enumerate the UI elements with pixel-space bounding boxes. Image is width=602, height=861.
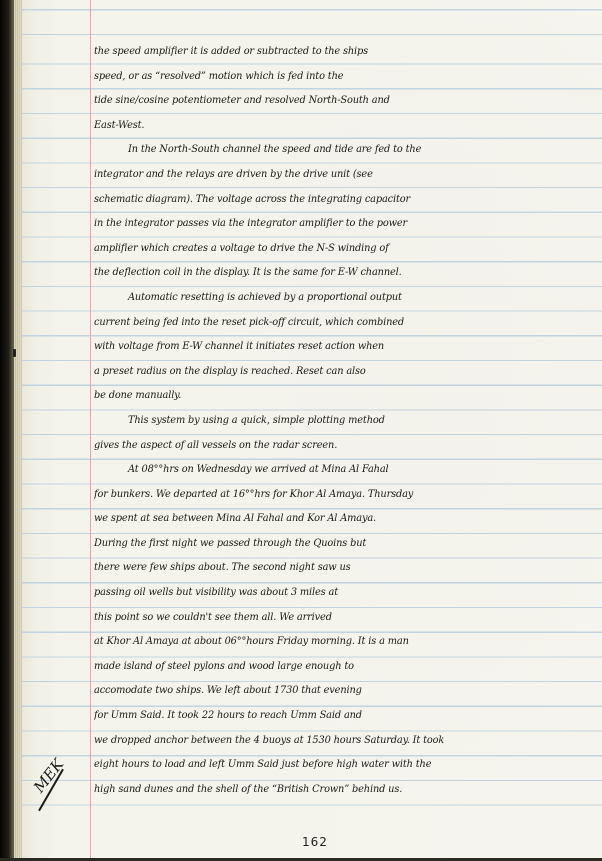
text-line: for Umm Said. It took 22 hours to reach …: [94, 704, 602, 729]
text-line: speed, or as “resolved” motion which is …: [94, 65, 602, 90]
text-line: with voltage from E-W channel it initiat…: [94, 335, 602, 360]
text-line: amplifier which creates a voltage to dri…: [94, 237, 602, 262]
text-line: During the first night we passed through…: [94, 532, 602, 557]
margin-line: [90, 0, 91, 861]
handwritten-text: the speed amplifier it is added or subtr…: [94, 40, 602, 802]
text-line: integrator and the relays are driven by …: [94, 163, 602, 188]
text-line: At 08°°hrs on Wednesday we arrived at Mi…: [94, 458, 602, 483]
text-line: In the North-South channel the speed and…: [94, 138, 602, 163]
text-line: made island of steel pylons and wood lar…: [94, 655, 602, 680]
text-line: East-West.: [94, 114, 602, 139]
text-line: This system by using a quick, simple plo…: [94, 409, 602, 434]
text-line: eight hours to load and left Umm Said ju…: [94, 753, 602, 778]
text-line: the deflection coil in the display. It i…: [94, 261, 602, 286]
text-line: there were few ships about. The second n…: [94, 556, 602, 581]
text-line: current being fed into the reset pick-of…: [94, 311, 602, 336]
text-line: at Khor Al Amaya at about 06°°hours Frid…: [94, 630, 602, 655]
text-line: gives the aspect of all vessels on the r…: [94, 434, 602, 459]
book-binding: [0, 0, 14, 861]
text-line: for bunkers. We departed at 16°°hrs for …: [94, 483, 602, 508]
text-line: schematic diagram). The voltage across t…: [94, 188, 602, 213]
text-line: Automatic resetting is achieved by a pro…: [94, 286, 602, 311]
text-line: a preset radius on the display is reache…: [94, 360, 602, 385]
text-line: the speed amplifier it is added or subtr…: [94, 40, 602, 65]
page-edge-stack: [14, 0, 22, 861]
text-line: be done manually.: [94, 384, 602, 409]
text-line: we spent at sea between Mina Al Fahal an…: [94, 507, 602, 532]
text-line: high sand dunes and the shell of the “Br…: [94, 778, 602, 803]
text-line: this point so we couldn't see them all. …: [94, 606, 602, 631]
text-line: we dropped anchor between the 4 buoys at…: [94, 729, 602, 754]
text-line: tide sine/cosine potentiometer and resol…: [94, 89, 602, 114]
text-line: in the integrator passes via the integra…: [94, 212, 602, 237]
binding-mark: [13, 349, 16, 357]
notebook-page: the speed amplifier it is added or subtr…: [0, 0, 602, 861]
text-line: accomodate two ships. We left about 1730…: [94, 679, 602, 704]
page-number: 162: [302, 835, 328, 849]
text-line: passing oil wells but visibility was abo…: [94, 581, 602, 606]
